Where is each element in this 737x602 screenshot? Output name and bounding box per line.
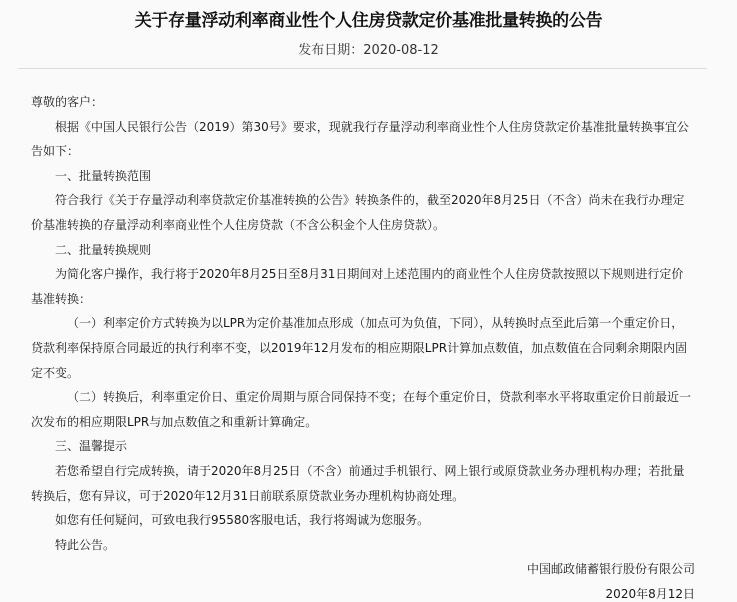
signature-organization: 中国邮政储蓄银行股份有限公司: [31, 557, 695, 582]
contact-paragraph: 如您有任何疑问，可致电我行95580客服电话，我行将竭诚为您服务。: [31, 508, 695, 533]
publish-date-label: 发布日期：: [298, 43, 363, 58]
signature-date: 2020年8月12日: [31, 582, 695, 602]
section-heading-scope: 一、批量转换范围: [31, 164, 695, 189]
page-title: 关于存量浮动利率商业性个人住房贷款定价基准批量转换的公告: [0, 0, 737, 34]
salutation: 尊敬的客户：: [31, 90, 695, 115]
rule-item-1: （一）利率定价方式转换为以LPR为定价基准加点形成（加点可为负值，下同），从转换…: [31, 311, 695, 385]
section-heading-tips: 三、温馨提示: [31, 434, 695, 459]
section-heading-rules: 二、批量转换规则: [31, 238, 695, 263]
rules-intro-paragraph: 为简化客户操作，我行将于2020年8月25日至8月31日期间对上述范围内的商业性…: [31, 262, 695, 311]
announcement-body: 尊敬的客户： 根据《中国人民银行公告（2019）第30号》要求，现就我行存量浮动…: [31, 90, 695, 602]
announcement-header: 关于存量浮动利率商业性个人住房贷款定价基准批量转换的公告 发布日期：2020-0…: [0, 0, 737, 60]
closing-statement: 特此公告。: [31, 533, 695, 558]
tips-paragraph: 若您希望自行完成转换，请于2020年8月25日（不含）前通过手机银行、网上银行或…: [31, 459, 695, 508]
intro-paragraph: 根据《中国人民银行公告（2019）第30号》要求，现就我行存量浮动利率商业性个人…: [31, 115, 695, 164]
rule-item-2: （二）转换后，利率重定价日、重定价周期与原合同保持不变；在每个重定价日，贷款利率…: [31, 385, 695, 434]
header-divider: [18, 68, 707, 69]
publish-date: 发布日期：2020-08-12: [0, 42, 737, 60]
publish-date-value: 2020-08-12: [363, 43, 439, 58]
scope-paragraph: 符合我行《关于存量浮动利率贷款定价基准转换的公告》转换条件的，截至2020年8月…: [31, 188, 695, 237]
